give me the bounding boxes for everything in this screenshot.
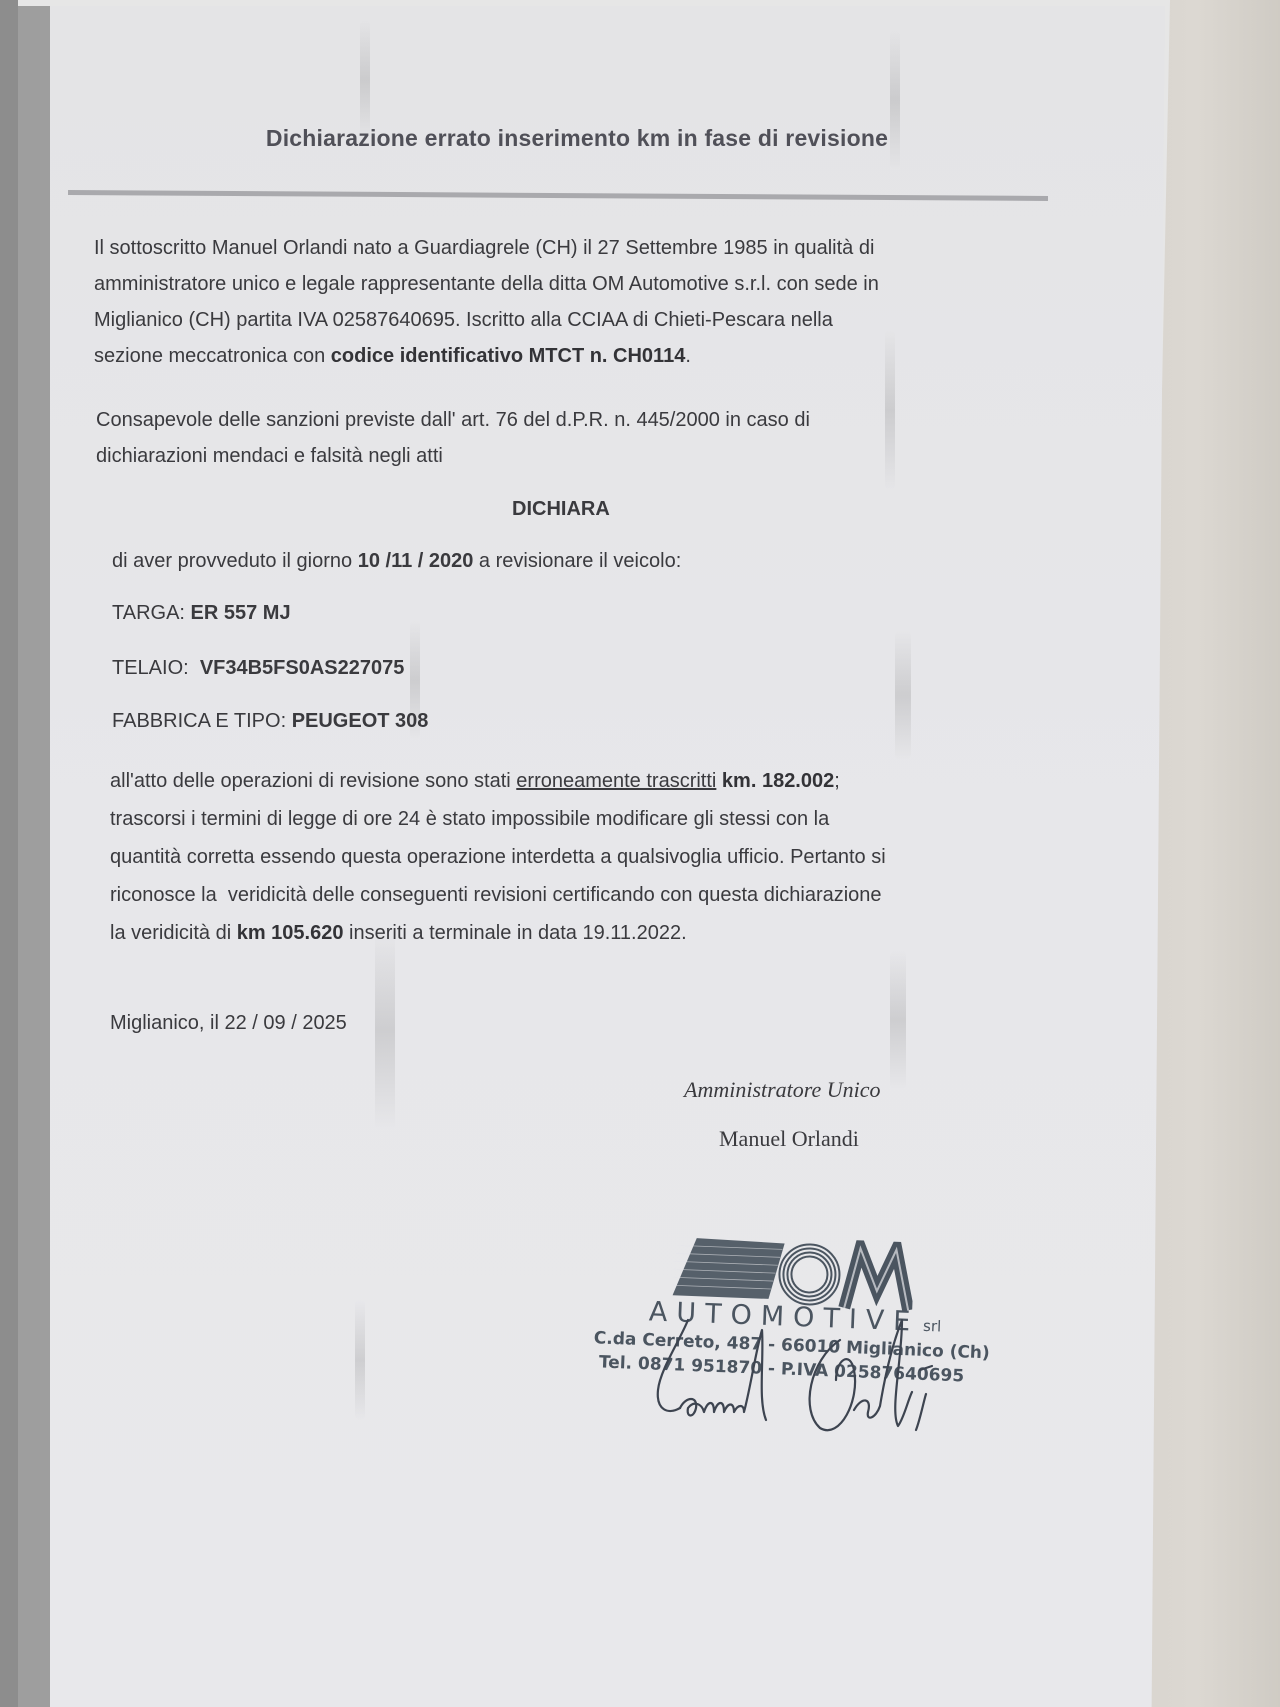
correct-km-value: km 105.620 (237, 922, 344, 944)
intro-line: sezione meccatronica con codice identifi… (94, 338, 879, 374)
body-line: quantità corretta essendo questa operazi… (110, 838, 886, 876)
chassis-value: VF34B5FS0AS227075 (200, 657, 405, 679)
make-label: FABBRICA E TIPO: (112, 710, 292, 732)
make-value: PEUGEOT 308 (292, 710, 429, 732)
body-text: la veridicità di (110, 922, 237, 944)
intro-line: amministratore unico e legale rappresent… (94, 266, 879, 302)
intro-paragraph: Il sottoscritto Manuel Orlandi nato a Gu… (94, 230, 879, 374)
body-line: all'atto delle operazioni di revisione s… (110, 762, 886, 800)
signatory-role: Amministratore Unico (684, 1077, 881, 1103)
intro-line: Il sottoscritto Manuel Orlandi nato a Gu… (94, 230, 879, 266)
intro-text: . (685, 345, 691, 367)
plate-value: ER 557 MJ (191, 602, 291, 624)
handwritten-signature-icon (640, 1300, 980, 1480)
body-line: trascorsi i termini di legge di ore 24 è… (110, 800, 886, 838)
wrong-km-value: km. 182.002 (722, 770, 834, 792)
revision-date-line: di aver provveduto il giorno 10 /11 / 20… (112, 550, 681, 573)
declares-heading: DICHIARA (512, 498, 610, 521)
mtct-code: codice identificativo MTCT n. CH0114 (331, 345, 686, 367)
title-divider (68, 190, 1048, 201)
awareness-line: dichiarazioni mendaci e falsità negli at… (96, 438, 810, 474)
body-paragraph: all'atto delle operazioni di revisione s… (110, 762, 886, 952)
underlined-text: erroneamente trascritti (516, 770, 716, 792)
chassis-line: TELAIO: VF34B5FS0AS227075 (112, 657, 404, 680)
chassis-label: TELAIO: (112, 657, 200, 679)
awareness-paragraph: Consapevole delle sanzioni previste dall… (96, 402, 810, 474)
revision-text: a revisionare il veicolo: (473, 550, 681, 572)
signatory-name: Manuel Orlandi (719, 1126, 859, 1152)
body-text: ; (834, 770, 840, 792)
intro-line: Miglianico (CH) partita IVA 02587640695.… (94, 302, 879, 338)
body-line: riconosce la veridicità delle conseguent… (110, 876, 886, 914)
revision-text: di aver provveduto il giorno (112, 550, 358, 572)
place-and-date: Miglianico, il 22 / 09 / 2025 (110, 1012, 347, 1035)
document-title: Dichiarazione errato inserimento km in f… (222, 125, 932, 152)
awareness-line: Consapevole delle sanzioni previste dall… (96, 402, 810, 438)
body-text: inseriti a terminale in data 19.11.2022. (343, 922, 686, 944)
body-text: all'atto delle operazioni di revisione s… (110, 770, 516, 792)
plate-label: TARGA: (112, 602, 191, 624)
plate-line: TARGA: ER 557 MJ (112, 602, 291, 625)
intro-text: sezione meccatronica con (94, 345, 331, 367)
declaration-document: Dichiarazione errato inserimento km in f… (0, 0, 1280, 1707)
revision-date: 10 /11 / 2020 (358, 550, 474, 572)
make-line: FABBRICA E TIPO: PEUGEOT 308 (112, 710, 428, 733)
body-line: la veridicità di km 105.620 inseriti a t… (110, 914, 886, 952)
